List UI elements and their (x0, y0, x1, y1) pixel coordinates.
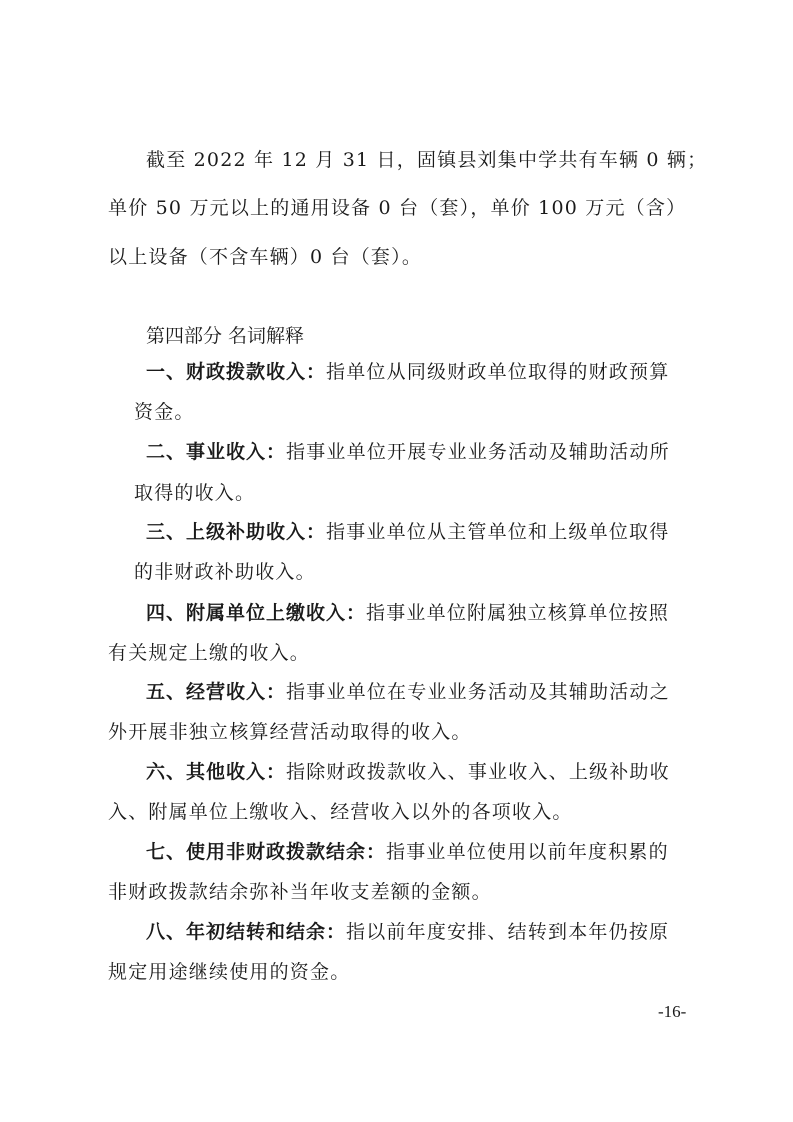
definition-1-line-2: 资金。 (134, 398, 195, 426)
intro-line-1: 截至 2022 年 12 月 31 日，固镇县刘集中学共有车辆 0 辆； (146, 146, 707, 174)
definition-text: 指事业单位开展专业业务活动及辅助活动所 (286, 441, 670, 463)
definition-5-line-2: 外开展非独立核算经营活动取得的收入。 (108, 718, 472, 746)
definition-text: 指除财政拨款收入、事业收入、上级补助收 (286, 761, 670, 783)
definition-text: 指以前年度安排、结转到本年仍按原 (346, 921, 669, 943)
definition-3-line-1: 三、上级补助收入：指事业单位从主管单位和上级单位取得 (146, 518, 669, 546)
definition-text: 指事业单位附属独立核算单位按照 (366, 602, 669, 624)
definition-text: 指事业单位从主管单位和上级单位取得 (326, 521, 669, 543)
definition-term: 四、附属单位上缴收入： (146, 602, 366, 624)
definition-7-line-2: 非财政拨款结余弥补当年收支差额的金额。 (108, 878, 492, 906)
definition-term: 一、财政拨款收入： (146, 361, 326, 383)
definition-term: 二、事业收入： (146, 441, 286, 463)
definition-3-line-2: 的非财政补助收入。 (134, 558, 316, 586)
definition-term: 三、上级补助收入： (146, 521, 326, 543)
definition-7-line-1: 七、使用非财政拨款结余：指事业单位使用以前年度积累的 (146, 838, 669, 866)
definition-term: 六、其他收入： (146, 761, 286, 783)
intro-line-2: 单价 50 万元以上的通用设备 0 台（套），单价 100 万元（含） (108, 194, 686, 222)
definition-4-line-2: 有关规定上缴的收入。 (108, 639, 310, 667)
definition-term: 七、使用非财政拨款结余： (146, 841, 386, 863)
intro-line-3: 以上设备（不含车辆）0 台（套）。 (108, 243, 422, 271)
definition-2-line-2: 取得的收入。 (134, 479, 255, 507)
definition-2-line-1: 二、事业收入：指事业单位开展专业业务活动及辅助活动所 (146, 438, 670, 466)
definition-4-line-1: 四、附属单位上缴收入：指事业单位附属独立核算单位按照 (146, 599, 669, 627)
definition-5-line-1: 五、经营收入：指事业单位在专业业务活动及其辅助活动之 (146, 678, 670, 706)
definition-text: 指事业单位使用以前年度积累的 (386, 841, 669, 863)
page-number: -16- (658, 1000, 686, 1024)
definition-term: 五、经营收入： (146, 681, 286, 703)
definition-text: 指事业单位在专业业务活动及其辅助活动之 (286, 681, 670, 703)
definition-6-line-1: 六、其他收入：指除财政拨款收入、事业收入、上级补助收 (146, 758, 670, 786)
section-heading: 第四部分 名词解释 (146, 322, 304, 350)
definition-term: 八、年初结转和结余： (146, 921, 346, 943)
document-page: 截至 2022 年 12 月 31 日，固镇县刘集中学共有车辆 0 辆； 单价 … (0, 0, 793, 1122)
definition-8-line-1: 八、年初结转和结余：指以前年度安排、结转到本年仍按原 (146, 918, 669, 946)
definition-6-line-2: 入、附属单位上缴收入、经营收入以外的各项收入。 (108, 798, 573, 826)
definition-text: 指单位从同级财政单位取得的财政预算 (326, 361, 669, 383)
definition-1-line-1: 一、财政拨款收入：指单位从同级财政单位取得的财政预算 (146, 358, 669, 386)
definition-8-line-2: 规定用途继续使用的资金。 (108, 958, 350, 986)
